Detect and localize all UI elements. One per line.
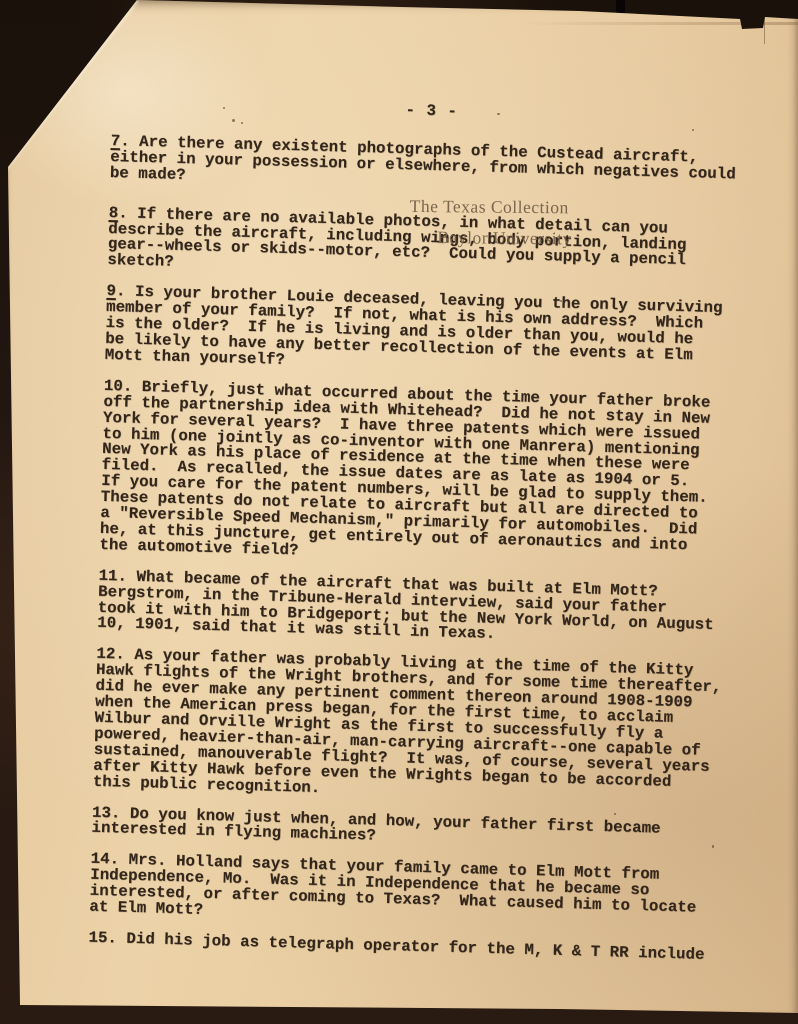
stamp-collection-name: The Texas Collection <box>410 191 573 223</box>
scanned-document-scene: - 3 - The Texas Collection Baylor Univer… <box>0 0 798 1024</box>
question-15-text: . Did his job as telegraph operator for … <box>107 929 705 964</box>
question-14-text: . Mrs. Holland says that your family cam… <box>89 851 696 919</box>
question-7: 7. Are there any existent photographs of… <box>110 134 771 200</box>
stamp-university-name: Baylor University <box>437 222 572 254</box>
question-8-text: . If there are no available photos, in w… <box>107 204 686 271</box>
question-12: 12. As your father was probably living a… <box>93 647 757 809</box>
question-13: 13. Do you know just when, and how, your… <box>91 805 752 855</box>
question-10-text: . Briefly, just what occurred about the … <box>99 377 710 559</box>
question-list: 7. Are there any existent photographs of… <box>88 134 770 965</box>
question-14: 14. Mrs. Holland says that your family c… <box>89 852 751 934</box>
question-11-text: . What became of the aircraft that was b… <box>97 567 714 643</box>
library-stamp: The Texas Collection Baylor University <box>409 191 572 254</box>
question-7-text: . Are there any existent photographs of … <box>110 132 736 184</box>
question-13-text: . Do you know just when, and how, your f… <box>91 804 661 845</box>
question-9: 9. Is your brother Louie deceased, leavi… <box>104 284 766 382</box>
question-9-text: . Is your brother Louie deceased, leavin… <box>104 282 722 368</box>
question-15-number: 15 <box>88 929 107 948</box>
document-page: - 3 - The Texas Collection Baylor Univer… <box>0 0 798 1024</box>
question-11: 11. What became of the aircraft that was… <box>97 569 759 651</box>
question-15: 15. Did his job as telegraph operator fo… <box>88 931 748 965</box>
backdrop-streak <box>616 0 625 14</box>
typewritten-content: - 3 - The Texas Collection Baylor Univer… <box>88 95 772 980</box>
question-12-text: . As your father was probably living at … <box>93 646 722 797</box>
page-number: - 3 - <box>112 95 752 129</box>
top-edge-shadow <box>520 22 798 25</box>
question-10: 10. Briefly, just what occurred about th… <box>99 379 764 572</box>
